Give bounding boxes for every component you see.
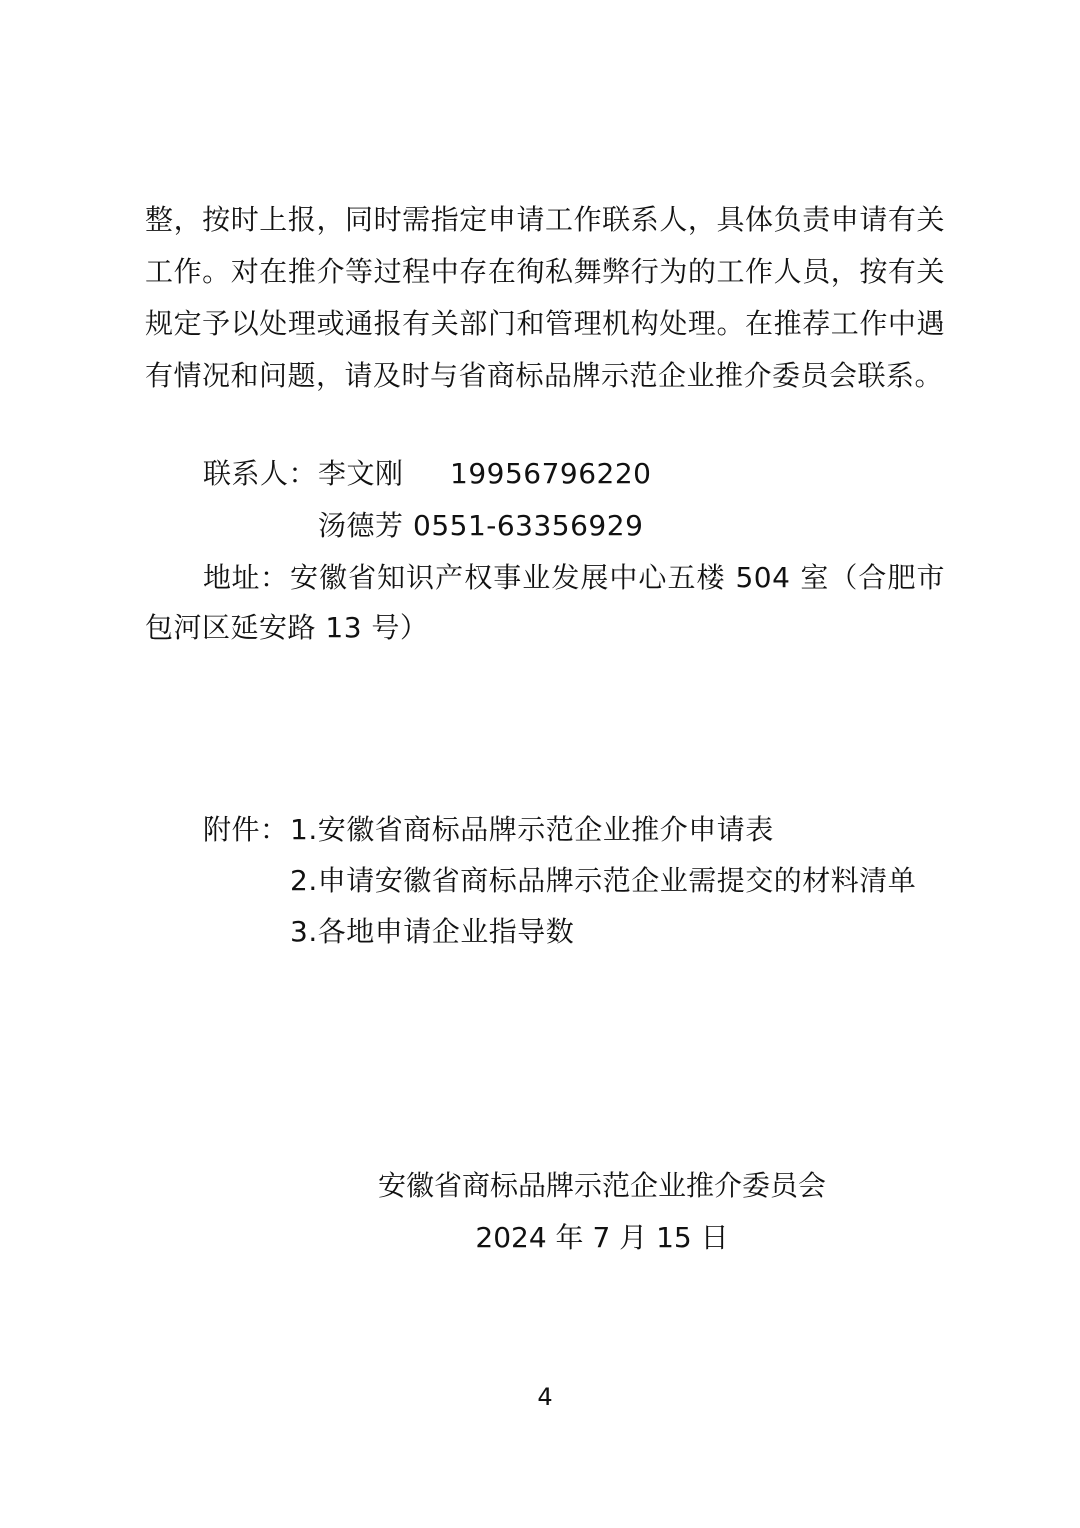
address-line-2: 包河区延安路 13 号） <box>145 608 428 648</box>
signature-date: 2024 年 7 月 15 日 <box>360 1218 844 1258</box>
attachments-label: 附件： <box>203 810 289 850</box>
paragraph-line: 工作。对在推介等过程中存在徇私舞弊行为的工作人员，按有关 <box>145 252 945 292</box>
address-label: 地址： <box>203 558 289 598</box>
contact-name: 李文刚 <box>318 454 404 494</box>
paragraph-line: 规定予以处理或通报有关部门和管理机构处理。在推荐工作中遇 <box>145 304 945 344</box>
paragraph-line: 整，按时上报，同时需指定申请工作联系人，具体负责申请有关 <box>145 200 945 240</box>
signature-organization: 安徽省商标品牌示范企业推介委员会 <box>360 1166 844 1206</box>
attachment-item: 3.各地申请企业指导数 <box>290 912 574 952</box>
address-line-1: 安徽省知识产权事业发展中心五楼 504 室（合肥市 <box>290 558 945 598</box>
paragraph-line: 有情况和问题，请及时与省商标品牌示范企业推介委员会联系。 <box>145 356 945 396</box>
attachment-item: 2.申请安徽省商标品牌示范企业需提交的材料清单 <box>290 861 916 901</box>
contact-name: 汤德芳 <box>318 506 404 546</box>
contacts-label: 联系人： <box>203 454 317 494</box>
page-number: 4 <box>0 1382 1080 1412</box>
contact-phone: 0551-63356929 <box>413 506 643 546</box>
attachment-item: 1.安徽省商标品牌示范企业推介申请表 <box>290 810 774 850</box>
contact-phone: 19956796220 <box>450 454 651 494</box>
